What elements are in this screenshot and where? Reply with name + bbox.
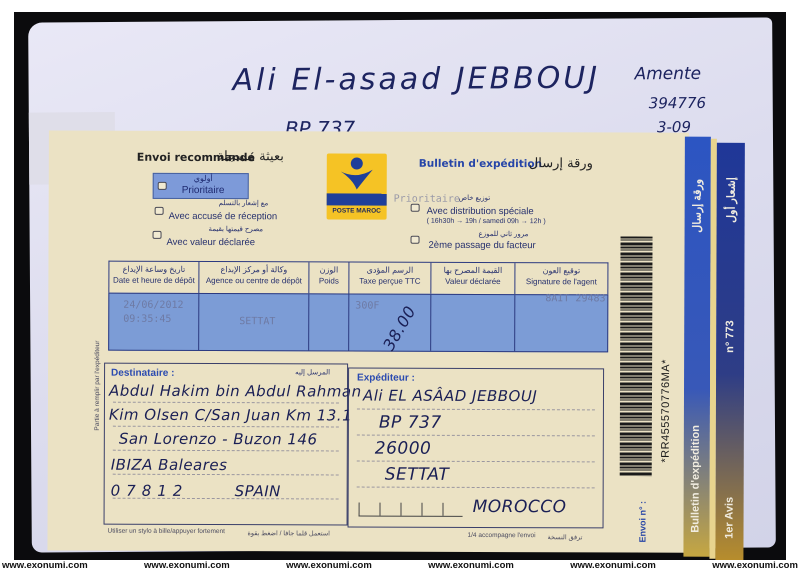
deposit-table-header: تاريخ وساعة الإيداعDate et heure de dépô…: [108, 261, 608, 295]
cell-agency: SETTAT: [199, 294, 309, 350]
recipient-postcode: 07812: [111, 482, 189, 500]
sender-country: MOROCCO: [473, 497, 567, 517]
checkbox-icon: [153, 231, 162, 239]
option-distribution-speciale: Avec distribution spéciale: [427, 206, 534, 217]
checkbox-icon: [158, 182, 167, 190]
option-prioritaire: أولوي Prioritaire: [153, 173, 249, 199]
cell-date: 24/06/2012 09:35:45: [109, 294, 199, 350]
recipient-line-3: San Lorenzo - Buzon 146: [119, 430, 318, 449]
recipient-title-ar: المرسل إليه: [295, 368, 330, 376]
option-ar-passage: مرور ثاني للموزع: [479, 230, 529, 238]
recipient-line-1: Abdul Hakim bin Abdul Rahman: [109, 382, 362, 401]
option-ar-receipt: مع إشعار بالتسلم: [219, 199, 269, 207]
option-ar-special: توزيع خاص: [459, 194, 491, 202]
deposit-table-row: 24/06/2012 09:35:45 SETTAT 300F 38.00 8A…: [108, 293, 608, 353]
watermark-row: www.exonumi.com www.exonumi.com www.exon…: [0, 560, 800, 572]
cell-declared-value: [431, 295, 515, 351]
sender-line-4: SETTAT: [385, 465, 450, 485]
stripe1-text-fr: Bulletin d'expédition: [690, 425, 702, 533]
sender-line-2: BP 737: [379, 413, 442, 433]
cell-signature: 8AIT 29483: [515, 295, 607, 351]
cell-weight: [309, 294, 349, 350]
handwritten-note-number: 394776: [649, 94, 706, 112]
recipient-title: Destinataire :: [111, 368, 174, 379]
footer-copy-note-fr: 1/4 accompagne l'envoi: [467, 532, 535, 539]
envoi-number-label: Envoi n° :: [637, 501, 647, 543]
registered-mail-label: Envoi recommandé بعيثة مسجلة Bulletin d'…: [47, 130, 688, 552]
logo-arabic-band: [327, 193, 387, 205]
bulletin-title-fr: Bulletin d'expédition: [419, 158, 542, 170]
watermark-text: www.exonumi.com: [428, 560, 514, 572]
logo-text: POSTE MAROC: [329, 207, 385, 214]
col-tax: الرسم المؤدىTaxe perçue TTC: [349, 263, 431, 294]
sender-line-3: 26000: [375, 439, 432, 459]
option-valeur-declaree: Avec valeur déclarée: [167, 237, 256, 248]
recipient-country: SPAIN: [235, 482, 281, 500]
watermark-text: www.exonumi.com: [570, 560, 656, 572]
stripe1-text-ar: ورقة إرسال: [691, 179, 704, 233]
cell-tax: 300F 38.00: [349, 295, 431, 351]
checkbox-icon: [411, 204, 420, 212]
stamped-prioritaire: Prioritaire: [394, 194, 460, 205]
option-prioritaire-ar: أولوي: [194, 174, 213, 183]
logo-figure-body-icon: [341, 169, 373, 189]
option-second-passage: 2ème passage du facteur: [428, 240, 535, 251]
watermark-text: www.exonumi.com: [712, 560, 798, 572]
sender-line-1: Ali EL ASÂAD JEBBOUJ: [363, 387, 537, 406]
handwritten-note-word: Amente: [634, 64, 701, 84]
stripe2-number: n° 773: [724, 320, 736, 353]
side-note-fr: Partie à remplir par l'expéditeur: [94, 340, 101, 430]
option-accuse-reception: Avec accusé de réception: [169, 211, 278, 222]
handwritten-return-name: Ali El-asaad JEBBOUJ: [232, 61, 600, 99]
barcode-number: *RR455570776MA*: [660, 359, 672, 463]
stripe2-text-ar: إشعار أول: [725, 177, 738, 223]
sender-title: Expéditeur :: [357, 373, 415, 384]
bulletin-title-ar: ورقة إرسال: [529, 156, 593, 171]
footer-instruction-fr: Utiliser un stylo à bille/appuyer fortem…: [108, 528, 225, 535]
watermark-text: www.exonumi.com: [144, 560, 230, 572]
sender-box: Expéditeur : Ali EL ASÂAD JEBBOUJ BP 737…: [348, 368, 605, 529]
checkbox-icon: [155, 207, 164, 215]
col-agency: وكالة أو مركز الإيداعAgence ou centre de…: [199, 262, 309, 293]
recipient-box: Destinataire : المرسل إليه Abdul Hakim b…: [104, 363, 349, 526]
checkbox-icon: [411, 236, 420, 244]
envelope: Ali El-asaad JEBBOUJ BP 737 Amente 39477…: [28, 17, 776, 552]
logo-figure-icon: [351, 158, 363, 170]
photograph: Ali El-asaad JEBBOUJ BP 737 Amente 39477…: [14, 12, 786, 560]
col-declared-value: القيمة المصرح بهاValeur déclarée: [431, 263, 515, 294]
option-prioritaire-fr: Prioritaire: [182, 185, 225, 196]
recipient-line-2: Kim Olsen C/San Juan Km 13.1: [109, 406, 352, 425]
watermark-text: www.exonumi.com: [286, 560, 372, 572]
watermark-text: www.exonumi.com: [2, 560, 88, 572]
option-distribution-hours: ( 16h30h → 19h / samedi 09h → 12h ): [427, 218, 546, 225]
footer-copy-note-ar: ترفق النسخة: [547, 533, 582, 541]
postcode-boxes: [359, 503, 463, 517]
poste-maroc-logo: POSTE MAROC: [327, 153, 387, 219]
col-signature: توقيع العونSignature de l'agent: [515, 263, 607, 294]
stripe2-text-fr: 1er Avis: [723, 497, 735, 539]
col-weight: الوزنPoids: [309, 262, 349, 293]
barcode: [620, 236, 653, 476]
footer-instruction-ar: استعمل قلما جافا / اضغط بقوة: [247, 529, 329, 537]
col-date: تاريخ وساعة الإيداعDate et heure de dépô…: [109, 262, 199, 293]
recipient-line-4: IBIZA Baleares: [111, 456, 228, 474]
option-ar-value: مصرح قيمتها بقيمة: [209, 225, 263, 233]
label-title-ar: بعيثة مسجلة: [217, 149, 284, 164]
